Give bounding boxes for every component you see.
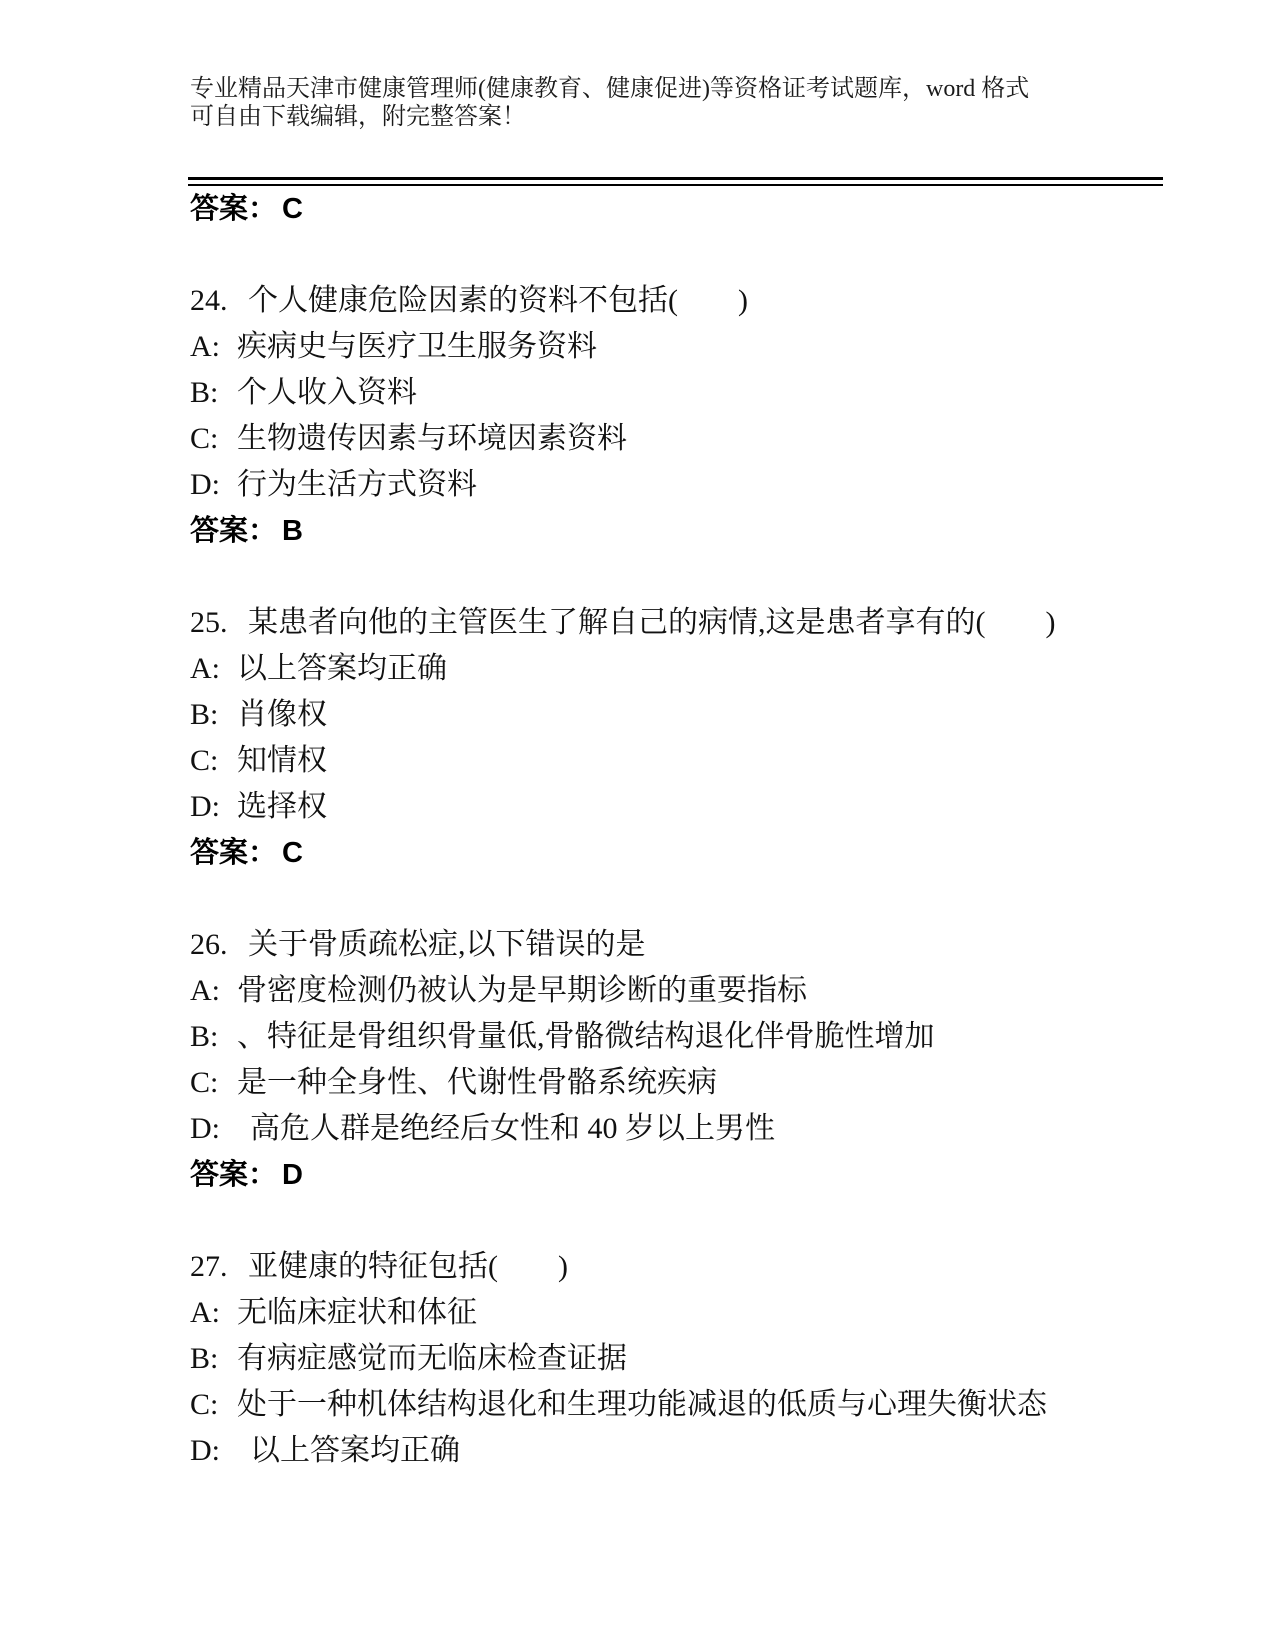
question-number: 25. [190,600,248,646]
question-block: 25.某患者向他的主管医生了解自己的病情,这是患者享有的( )A:以上答案均正确… [190,600,1055,876]
option-label: A: [190,1290,237,1336]
question-number: 26. [190,922,248,968]
header-line-2: 可自由下载编辑，附完整答案！ [190,103,1029,131]
option-text: 处于一种机体结构退化和生理功能减退的低质与心理失衡状态 [237,1388,1047,1421]
answer-value: D [282,1159,303,1191]
option-line: A:疾病史与医疗卫生服务资料 [190,324,1055,370]
answer-value: C [282,837,303,869]
option-label: B: [190,692,237,738]
option-text: 有病症感觉而无临床检查证据 [237,1342,627,1375]
leading-answer-line: 答案：C [190,186,1055,232]
page-header: 专业精品天津市健康管理师(健康教育、健康促进)等资格证考试题库，word 格式 … [190,75,1029,131]
document-page: 专业精品天津市健康管理师(健康教育、健康促进)等资格证考试题库，word 格式 … [0,0,1275,1650]
option-label: B: [190,1336,237,1382]
option-label: C: [190,1060,237,1106]
option-text: 骨密度检测仍被认为是早期诊断的重要指标 [237,974,807,1007]
option-label: A: [190,968,237,1014]
question-line: 24.个人健康危险因素的资料不包括( ) [190,278,1055,324]
option-text: 知情权 [237,744,327,777]
question-line: 26.关于骨质疏松症,以下错误的是 [190,922,1055,968]
option-text: 高危人群是绝经后女性和 40 岁以上男性 [237,1112,775,1145]
answer-label: 答案： [190,1159,277,1191]
question-block: 27.亚健康的特征包括( )A:无临床症状和体征B:有病症感觉而无临床检查证据C… [190,1244,1055,1474]
answer-label: 答案： [190,515,277,547]
option-line: D:选择权 [190,784,1055,830]
question-line: 27.亚健康的特征包括( ) [190,1244,1055,1290]
option-text: 选择权 [237,790,327,823]
option-text: 疾病史与医疗卫生服务资料 [237,330,597,363]
option-label: C: [190,738,237,784]
option-line: C:知情权 [190,738,1055,784]
answer-line: 答案：B [190,508,1055,554]
option-line: C:是一种全身性、代谢性骨骼系统疾病 [190,1060,1055,1106]
option-line: A:骨密度检测仍被认为是早期诊断的重要指标 [190,968,1055,1014]
option-text: 行为生活方式资料 [237,468,477,501]
option-text: 无临床症状和体征 [237,1296,477,1329]
answer-value: B [282,515,303,547]
document-body: 答案：C 24.个人健康危险因素的资料不包括( )A:疾病史与医疗卫生服务资料B… [190,186,1055,1474]
option-line: A:以上答案均正确 [190,646,1055,692]
option-label: B: [190,370,237,416]
option-line: A:无临床症状和体征 [190,1290,1055,1336]
option-label: B: [190,1014,237,1060]
option-line: C:生物遗传因素与环境因素资料 [190,416,1055,462]
option-label: D: [190,1428,237,1474]
question-list: 24.个人健康危险因素的资料不包括( )A:疾病史与医疗卫生服务资料B:个人收入… [190,278,1055,1474]
option-text: 个人收入资料 [237,376,417,409]
option-line: B:个人收入资料 [190,370,1055,416]
option-line: B:肖像权 [190,692,1055,738]
option-text: 是一种全身性、代谢性骨骼系统疾病 [237,1066,717,1099]
option-text: 以上答案均正确 [237,652,447,685]
option-line: B:有病症感觉而无临床检查证据 [190,1336,1055,1382]
header-rule [188,177,1163,186]
option-text: 、特征是骨组织骨量低,骨骼微结构退化伴骨脆性增加 [237,1020,935,1053]
option-label: C: [190,1382,237,1428]
option-text: 以上答案均正确 [237,1434,460,1467]
option-label: D: [190,462,237,508]
option-text: 肖像权 [237,698,327,731]
answer-line: 答案：D [190,1152,1055,1198]
answer-label: 答案： [190,193,277,225]
question-number: 24. [190,278,248,324]
option-line: D:行为生活方式资料 [190,462,1055,508]
answer-line: 答案：C [190,830,1055,876]
question-text: 某患者向他的主管医生了解自己的病情,这是患者享有的( ) [248,606,1055,639]
header-line-1: 专业精品天津市健康管理师(健康教育、健康促进)等资格证考试题库，word 格式 [190,75,1029,103]
answer-value: C [282,193,303,225]
question-line: 25.某患者向他的主管医生了解自己的病情,这是患者享有的( ) [190,600,1055,646]
question-text: 个人健康危险因素的资料不包括( ) [248,284,748,317]
question-text: 亚健康的特征包括( ) [248,1250,568,1283]
option-text: 生物遗传因素与环境因素资料 [237,422,627,455]
option-label: D: [190,784,237,830]
question-block: 26.关于骨质疏松症,以下错误的是A:骨密度检测仍被认为是早期诊断的重要指标B:… [190,922,1055,1198]
question-block: 24.个人健康危险因素的资料不包括( )A:疾病史与医疗卫生服务资料B:个人收入… [190,278,1055,554]
option-label: C: [190,416,237,462]
option-line: D:高危人群是绝经后女性和 40 岁以上男性 [190,1106,1055,1152]
option-line: D:以上答案均正确 [190,1428,1055,1474]
option-label: A: [190,646,237,692]
option-line: C:处于一种机体结构退化和生理功能减退的低质与心理失衡状态 [190,1382,1055,1428]
question-number: 27. [190,1244,248,1290]
option-label: D: [190,1106,237,1152]
answer-label: 答案： [190,837,277,869]
option-line: B:、特征是骨组织骨量低,骨骼微结构退化伴骨脆性增加 [190,1014,1055,1060]
option-label: A: [190,324,237,370]
question-text: 关于骨质疏松症,以下错误的是 [248,928,646,961]
